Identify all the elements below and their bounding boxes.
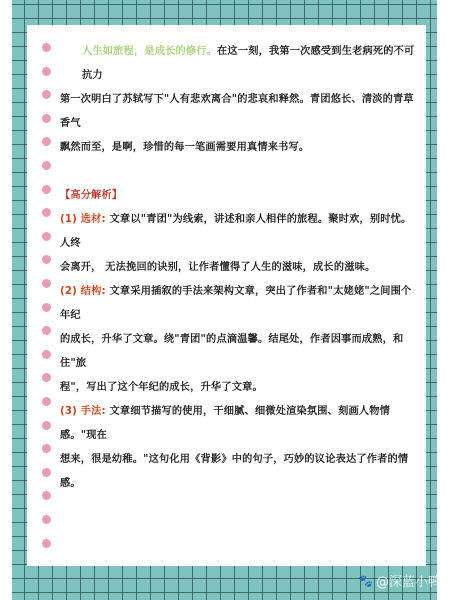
analysis-item-2-line-3: 程"，写出了这个年纪的成长，升华了文章。 bbox=[60, 376, 420, 400]
bullet-dot bbox=[42, 539, 51, 548]
bullet-dot bbox=[42, 67, 51, 76]
analysis-item-1-line-2: 会离开， 无法挽回的诀别，让作者懂得了人生的滋味，成长的滋味。 bbox=[60, 256, 420, 280]
analysis-item-1-line-1: (1) 选材: 文章以"青团"为线索，讲述和亲人相伴的旅程。聚时欢，别时忧。人终 bbox=[60, 208, 420, 256]
bullet-dot bbox=[42, 90, 51, 99]
bullet-dot bbox=[42, 491, 51, 500]
analysis-item-2-line-1: (2) 结构: 文章采用插叙的手法来架构文章，突出了作者和"太姥姥"之间围个年纪 bbox=[60, 280, 420, 328]
analysis-label-technique: (3) 手法: bbox=[60, 406, 106, 417]
notebook-paper: 人生如旅程，是成长的修行。在这一刻，我第一次感受到生老病死的不可抗力 第一次明白… bbox=[27, 25, 426, 566]
bullet-dot bbox=[42, 444, 51, 453]
analysis-item-2-text: 文章采用插叙的手法来架构文章，突出了作者和"太姥姥"之间围个年纪 bbox=[60, 286, 411, 321]
bullet-dot bbox=[42, 232, 51, 241]
analysis-heading: 【高分解析】 bbox=[60, 184, 420, 208]
bullet-dot bbox=[42, 326, 51, 335]
analysis-item-3-text: 文章细节描写的使用，干细腻、细微处渲染氛围、刻画人物情感。"现在 bbox=[60, 406, 390, 441]
analysis-item-1-text: 文章以"青团"为线索，讲述和亲人相伴的旅程。聚时欢，别时忧。人终 bbox=[60, 214, 411, 249]
bullet-dot bbox=[42, 373, 51, 382]
bullet-dot bbox=[42, 208, 51, 217]
analysis-item-2-line-2: 的成长，升华了文章。绕"青团"的点滴温馨。结尾处，作者因事而成熟，和住"旅 bbox=[60, 328, 420, 376]
bullet-dot bbox=[42, 468, 51, 477]
bullet-dot bbox=[42, 114, 51, 123]
bullet-dot bbox=[42, 185, 51, 194]
essay-content: 人生如旅程，是成长的修行。在这一刻，我第一次感受到生老病死的不可抗力 第一次明白… bbox=[60, 40, 420, 496]
watermark: 🐾 @深蓝小鸭 bbox=[358, 571, 441, 590]
bullet-dot bbox=[42, 421, 51, 430]
bullet-dot bbox=[42, 43, 51, 52]
intro-line-3: 飘然而至，是啊，珍惜的每一笔画需要用真情来书写。 bbox=[60, 136, 420, 160]
right-margin bbox=[437, 0, 449, 600]
bullet-dot bbox=[42, 350, 51, 359]
bullet-dot bbox=[42, 137, 51, 146]
analysis-item-3-line-2: 想来，很是幼稚。"这句化用《背影》中的句子，巧妙的议论表达了作者的情感。 bbox=[60, 448, 420, 496]
intro-line-2: 第一次明白了苏轼写下"人有悲欢离合"的悲哀和释然。青团悠长、清淡的青草香气 bbox=[60, 88, 420, 136]
watermark-text: @深蓝小鸭 bbox=[376, 571, 441, 590]
bullet-dot bbox=[42, 397, 51, 406]
analysis-item-3-line-1: (3) 手法: 文章细节描写的使用，干细腻、细微处渲染氛围、刻画人物情感。"现在 bbox=[60, 400, 420, 448]
paw-icon: 🐾 bbox=[358, 574, 373, 588]
bullet-dot bbox=[42, 279, 51, 288]
bullet-dot bbox=[42, 161, 51, 170]
bullet-dot bbox=[42, 515, 51, 524]
analysis-label-structure: (2) 结构: bbox=[60, 286, 106, 297]
left-margin bbox=[0, 0, 12, 600]
analysis-label-material: (1) 选材: bbox=[60, 214, 106, 225]
bullet-dot bbox=[42, 255, 51, 264]
bullet-dot bbox=[42, 303, 51, 312]
intro-line-1: 人生如旅程，是成长的修行。在这一刻，我第一次感受到生老病死的不可抗力 bbox=[60, 40, 420, 88]
lead-sentence: 人生如旅程，是成长的修行。 bbox=[82, 46, 217, 57]
